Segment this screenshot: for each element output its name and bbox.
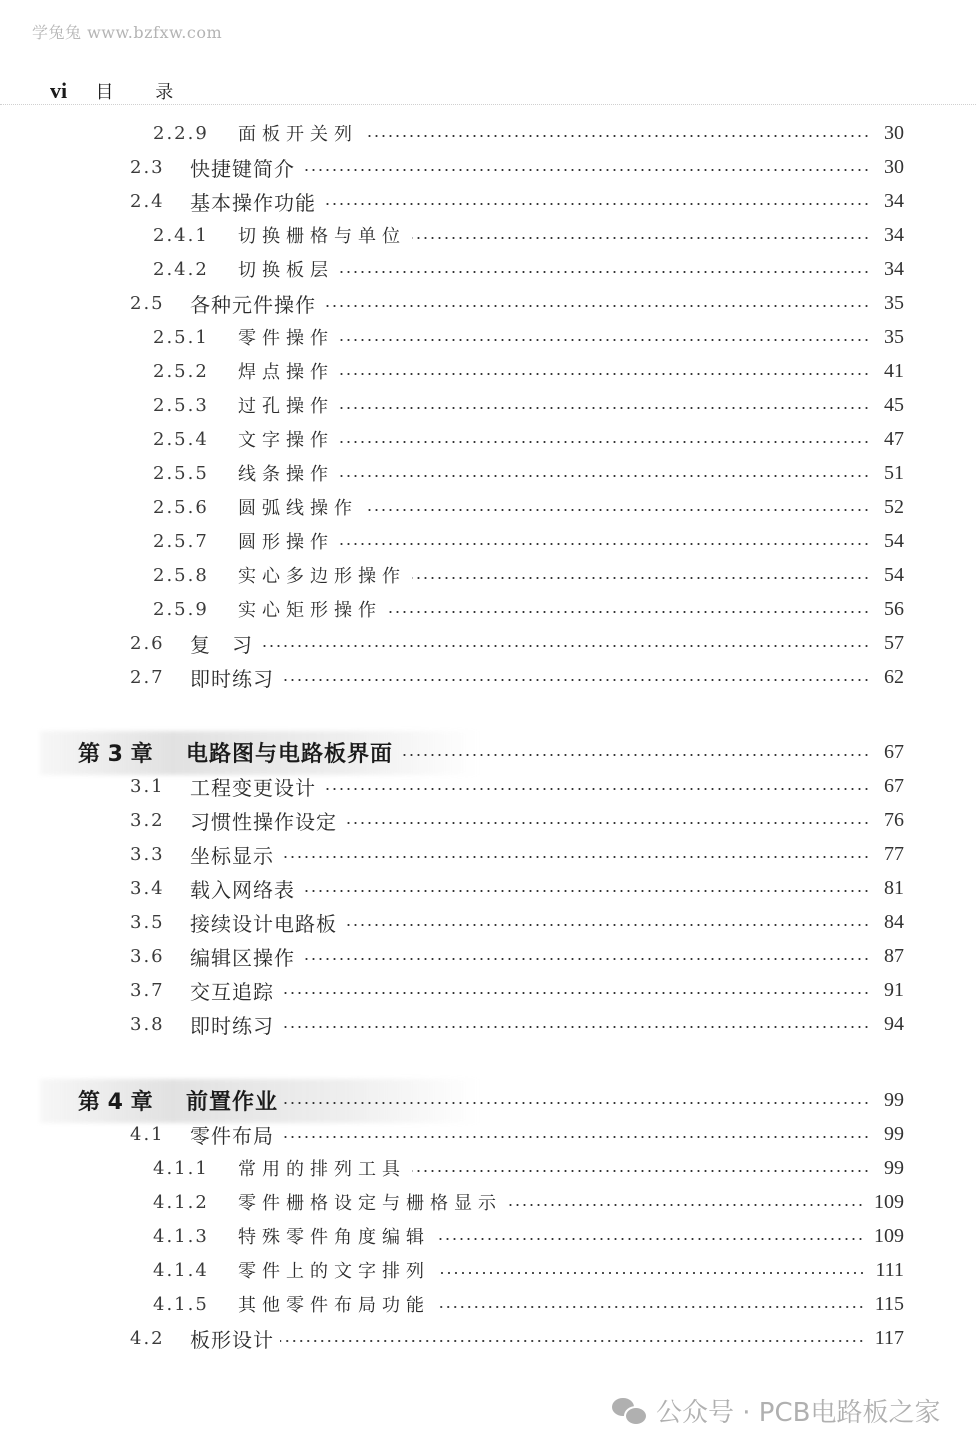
section-number: 2.7: [130, 667, 190, 688]
page-ref: 77: [880, 843, 904, 866]
section-title: 圆弧线操作: [238, 494, 358, 520]
section-title: 特殊零件角度编辑: [238, 1223, 430, 1249]
section-number: 3.6: [130, 946, 190, 967]
section-number: 3.7: [130, 980, 190, 1001]
page-ref: 47: [880, 428, 904, 451]
dot-leader: [340, 543, 870, 545]
dot-leader: [280, 1136, 870, 1138]
toc-entry[interactable]: 2.2.9面板开关列30: [153, 118, 904, 148]
section-title: 电路图与电路板界面: [186, 737, 393, 768]
section-title: 接续设计电路板: [190, 908, 337, 937]
toc-entry[interactable]: 2.5.7圆形操作54: [153, 526, 904, 556]
toc-entry[interactable]: 4.1.4零件上的文字排列111: [153, 1255, 904, 1285]
section-title: 编辑区操作: [190, 942, 295, 971]
section-title: 常用的排列工具: [238, 1155, 406, 1181]
dot-leader: [340, 373, 870, 375]
section-number: 2.6: [130, 633, 190, 654]
page-ref: 67: [880, 775, 904, 798]
section-number: 2.5.4: [153, 429, 238, 450]
dot-leader: [364, 509, 870, 511]
section-title: 前置作业: [186, 1085, 278, 1116]
page-ref: 109: [874, 1191, 904, 1214]
dot-leader: [340, 271, 870, 273]
page-ref: 34: [880, 258, 904, 281]
header-divider: [0, 104, 976, 105]
dot-leader: [340, 475, 870, 477]
section-title: 零件布局: [190, 1120, 274, 1149]
page-ref: 67: [880, 741, 904, 764]
section-number: 2.5: [130, 293, 190, 314]
section-number: 2.4: [130, 191, 190, 212]
page-ref: 35: [880, 292, 904, 315]
page-number: vi: [50, 78, 67, 103]
section-title: 各种元件操作: [190, 289, 316, 318]
dot-leader: [412, 577, 870, 579]
toc-entry[interactable]: 2.5.4文字操作47: [153, 424, 904, 454]
toc-entry[interactable]: 2.5.6圆弧线操作52: [153, 492, 904, 522]
page-ref: 30: [880, 122, 904, 145]
toc-entry[interactable]: 4.1.3特殊零件角度编辑109: [153, 1221, 904, 1251]
section-number: 第 3 章: [78, 737, 186, 768]
dot-leader: [280, 1026, 870, 1028]
page-ref: 76: [880, 809, 904, 832]
section-number: 2.5.6: [153, 497, 238, 518]
section-number: 2.4.2: [153, 259, 238, 280]
section-number: 2.5.3: [153, 395, 238, 416]
dot-leader: [388, 611, 870, 613]
section-number: 4.1.5: [153, 1294, 238, 1315]
page-ref: 87: [880, 945, 904, 968]
dot-leader: [280, 679, 870, 681]
page-ref: 99: [880, 1089, 904, 1112]
page-ref: 30: [880, 156, 904, 179]
section-number: 4.1.4: [153, 1260, 238, 1281]
dot-leader: [340, 441, 870, 443]
toc-entry[interactable]: 4.1.2零件栅格设定与栅格显示109: [153, 1187, 904, 1217]
page-header: vi 目 录: [50, 78, 191, 104]
toc-entry[interactable]: 4.1.1常用的排列工具99: [153, 1153, 904, 1183]
dot-leader: [436, 1238, 864, 1240]
page-ref: 111: [875, 1259, 904, 1282]
section-title: 零件操作: [238, 324, 334, 350]
page-ref: 34: [880, 224, 904, 247]
section-title: 基本操作功能: [190, 187, 316, 216]
page-title: 目 录: [95, 82, 191, 103]
dot-leader: [412, 1170, 870, 1172]
section-title: 交互追踪: [190, 976, 274, 1005]
toc-entry[interactable]: 3.3坐标显示77: [130, 839, 904, 869]
section-title: 实心多边形操作: [238, 562, 406, 588]
toc-entry[interactable]: 2.5.8实心多边形操作54: [153, 560, 904, 590]
toc-chapter-entry[interactable]: 第 3 章电路图与电路板界面67: [78, 737, 904, 767]
wechat-account-label: 公众号 · PCB电路板之家: [656, 1392, 940, 1429]
toc-entry[interactable]: 3.4载入网络表81: [130, 873, 904, 903]
toc-entry[interactable]: 4.2板形设计117: [130, 1323, 904, 1353]
section-title: 即时练习: [190, 1010, 274, 1039]
page-ref: 99: [880, 1123, 904, 1146]
source-watermark: 学兔兔 www.bzfxw.com: [32, 20, 222, 43]
dot-leader: [343, 822, 870, 824]
section-title: 零件栅格设定与栅格显示: [238, 1189, 502, 1215]
page-ref: 34: [880, 190, 904, 213]
section-title: 线条操作: [238, 460, 334, 486]
section-number: 4.1.2: [153, 1192, 238, 1213]
page-ref: 94: [880, 1013, 904, 1036]
toc-entry[interactable]: 2.4.2切换板层34: [153, 254, 904, 284]
section-title: 快捷键简介: [190, 153, 295, 182]
section-title: 习惯性操作设定: [190, 806, 337, 835]
toc-entry[interactable]: 2.5.5线条操作51: [153, 458, 904, 488]
dot-leader: [364, 135, 870, 137]
toc-entry[interactable]: 2.3快捷键简介30: [130, 152, 904, 182]
dot-leader: [322, 305, 870, 307]
page-ref: 52: [880, 496, 904, 519]
dot-leader: [322, 203, 870, 205]
section-title: 即时练习: [190, 663, 274, 692]
section-number: 2.5.9: [153, 599, 238, 620]
section-title: 坐标显示: [190, 840, 274, 869]
section-title: 载入网络表: [190, 874, 295, 903]
section-title: 工程变更设计: [190, 772, 316, 801]
dot-leader: [340, 339, 870, 341]
page-ref: 115: [875, 1293, 904, 1316]
toc-entry[interactable]: 2.7即时练习62: [130, 662, 904, 692]
page-ref: 91: [880, 979, 904, 1002]
page-ref: 84: [880, 911, 904, 934]
section-number: 2.2.9: [153, 123, 238, 144]
section-number: 2.5.5: [153, 463, 238, 484]
section-title: 面板开关列: [238, 120, 358, 146]
dot-leader: [301, 169, 870, 171]
section-title: 切换栅格与单位: [238, 222, 406, 248]
section-title: 板形设计: [190, 1324, 274, 1353]
section-number: 4.1.1: [153, 1158, 238, 1179]
section-number: 3.4: [130, 878, 190, 899]
page-ref: 57: [880, 632, 904, 655]
section-title: 文字操作: [238, 426, 334, 452]
section-number: 2.5.1: [153, 327, 238, 348]
dot-leader: [399, 754, 870, 756]
section-title: 焊点操作: [238, 358, 334, 384]
section-title: 其他零件布局功能: [238, 1291, 430, 1317]
dot-leader: [301, 890, 870, 892]
page-ref: 117: [875, 1327, 904, 1350]
section-title: 实心矩形操作: [238, 596, 382, 622]
section-title: 切换板层: [238, 256, 334, 282]
page-ref: 35: [880, 326, 904, 349]
toc-entry[interactable]: 3.2习惯性操作设定76: [130, 805, 904, 835]
section-number: 3.8: [130, 1014, 190, 1035]
page-ref: 99: [880, 1157, 904, 1180]
dot-leader: [436, 1272, 865, 1274]
page-ref: 62: [880, 666, 904, 689]
section-number: 3.5: [130, 912, 190, 933]
dot-leader: [280, 1340, 865, 1342]
toc-entry[interactable]: 2.5.9实心矩形操作56: [153, 594, 904, 624]
toc-entry[interactable]: 2.4基本操作功能34: [130, 186, 904, 216]
page-ref: 45: [880, 394, 904, 417]
toc-entry[interactable]: 2.5各种元件操作35: [130, 288, 904, 318]
page-ref: 54: [880, 564, 904, 587]
toc-entry[interactable]: 2.6复 习57: [130, 628, 904, 658]
dot-leader: [322, 788, 870, 790]
dot-leader: [412, 237, 870, 239]
section-title: 过孔操作: [238, 392, 334, 418]
section-number: 第 4 章: [78, 1085, 186, 1116]
toc-entry[interactable]: 3.5接续设计电路板84: [130, 907, 904, 937]
dot-leader: [340, 407, 870, 409]
page-ref: 51: [880, 462, 904, 485]
section-number: 4.1: [130, 1124, 190, 1145]
section-number: 2.5.8: [153, 565, 238, 586]
page-ref: 54: [880, 530, 904, 553]
dot-leader: [508, 1204, 864, 1206]
page-ref: 81: [880, 877, 904, 900]
page-ref: 109: [874, 1225, 904, 1248]
toc-entry[interactable]: 3.7交互追踪91: [130, 975, 904, 1005]
section-number: 3.3: [130, 844, 190, 865]
section-title: 零件上的文字排列: [238, 1257, 430, 1283]
toc-entry[interactable]: 3.8即时练习94: [130, 1009, 904, 1039]
dot-leader: [301, 958, 870, 960]
section-number: 2.5.7: [153, 531, 238, 552]
section-number: 2.5.2: [153, 361, 238, 382]
toc-chapter-entry[interactable]: 第 4 章前置作业99: [78, 1085, 904, 1115]
toc-entry[interactable]: 2.5.1零件操作35: [153, 322, 904, 352]
dot-leader: [436, 1306, 865, 1308]
dot-leader: [343, 924, 870, 926]
page-ref: 56: [880, 598, 904, 621]
toc-entry[interactable]: 3.1工程变更设计67: [130, 771, 904, 801]
toc-entry[interactable]: 4.1.5其他零件布局功能115: [153, 1289, 904, 1319]
section-number: 2.3: [130, 157, 190, 178]
toc-entry[interactable]: 2.4.1切换栅格与单位34: [153, 220, 904, 250]
wechat-icon: [612, 1396, 648, 1426]
section-number: 3.1: [130, 776, 190, 797]
section-number: 3.2: [130, 810, 190, 831]
dot-leader: [259, 645, 870, 647]
section-number: 4.1.3: [153, 1226, 238, 1247]
dot-leader: [284, 1102, 870, 1104]
dot-leader: [280, 992, 870, 994]
section-title: 复 习: [190, 629, 253, 658]
wechat-watermark: 公众号 · PCB电路板之家: [612, 1392, 940, 1429]
toc-entry[interactable]: 4.1零件布局99: [130, 1119, 904, 1149]
toc-entry[interactable]: 2.5.3过孔操作45: [153, 390, 904, 420]
dot-leader: [280, 856, 870, 858]
toc-entry[interactable]: 2.5.2焊点操作41: [153, 356, 904, 386]
section-title: 圆形操作: [238, 528, 334, 554]
section-number: 2.4.1: [153, 225, 238, 246]
page-ref: 41: [880, 360, 904, 383]
toc-entry[interactable]: 3.6编辑区操作87: [130, 941, 904, 971]
section-number: 4.2: [130, 1328, 190, 1349]
